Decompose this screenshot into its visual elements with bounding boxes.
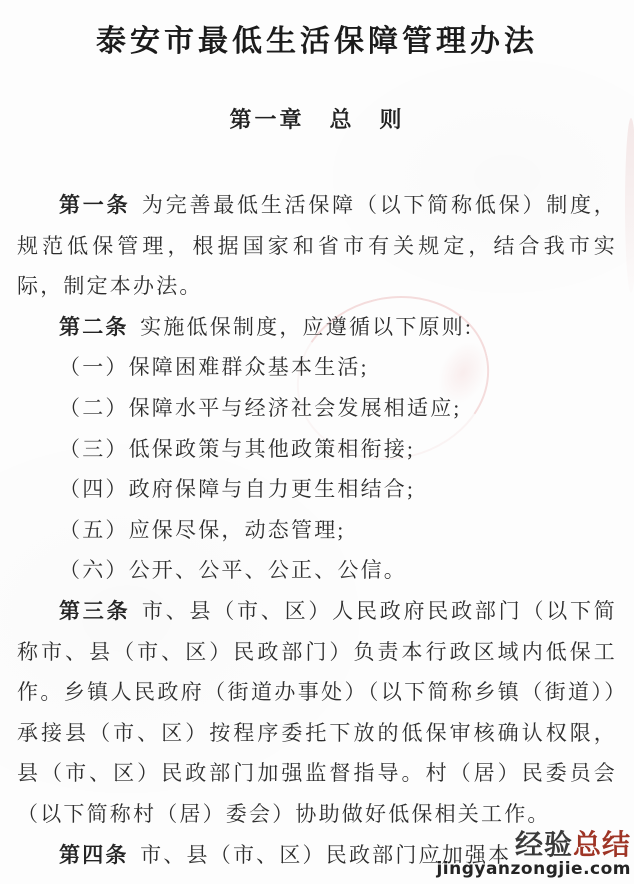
- principle-item-6: （六）公开、公平、公正、公信。: [17, 550, 617, 591]
- principle-item-5: （五）应保尽保，动态管理;: [17, 510, 617, 551]
- article-4-label: 第四条: [59, 843, 129, 867]
- scanned-document-page: 泰安市最低生活保障管理办法 第一章 总 则 第一条为完善最低生活保障（以下简称低…: [0, 0, 634, 884]
- chapter-heading: 第一章 总 则: [0, 103, 634, 134]
- article-3-text: 市、县（市、区）人民政府民政部门（以下简称市、县（市、区）民政部门）负责本行政区…: [17, 599, 617, 826]
- watermark-site-url: jingyanzongjie.com: [436, 861, 631, 878]
- principle-item-2: （二）保障水平与经济社会发展相适应;: [17, 388, 617, 429]
- scan-edge-smudge: [625, 118, 634, 293]
- article-2-text: 实施低保制度，应遵循以下原则:: [140, 315, 473, 339]
- site-watermark: 经验总结 jingyanzongjie.com: [436, 831, 631, 878]
- article-2-label: 第二条: [59, 315, 129, 339]
- watermark-brand-red: 总结: [573, 828, 631, 861]
- article-3-label: 第三条: [59, 599, 130, 623]
- article-paragraph-2: 第二条实施低保制度，应遵循以下原则:: [17, 307, 617, 348]
- principle-item-4: （四）政府保障与自力更生相结合;: [17, 469, 617, 510]
- article-1-label: 第一条: [59, 193, 130, 217]
- watermark-brand-text: 经验总结: [436, 831, 631, 859]
- principle-item-3: （三）低保政策与其他政策相衔接;: [17, 429, 617, 470]
- principle-item-1: （一）保障困难群众基本生活;: [17, 347, 617, 388]
- watermark-brand-dark: 经验: [515, 828, 573, 861]
- document-title: 泰安市最低生活保障管理办法: [0, 16, 634, 60]
- document-body: 第一条为完善最低生活保障（以下简称低保）制度，规范低保管理，根据国家和省市有关规…: [17, 185, 617, 875]
- article-paragraph-1: 第一条为完善最低生活保障（以下简称低保）制度，规范低保管理，根据国家和省市有关规…: [17, 185, 617, 307]
- article-paragraph-3: 第三条市、县（市、区）人民政府民政部门（以下简称市、县（市、区）民政部门）负责本…: [17, 591, 617, 835]
